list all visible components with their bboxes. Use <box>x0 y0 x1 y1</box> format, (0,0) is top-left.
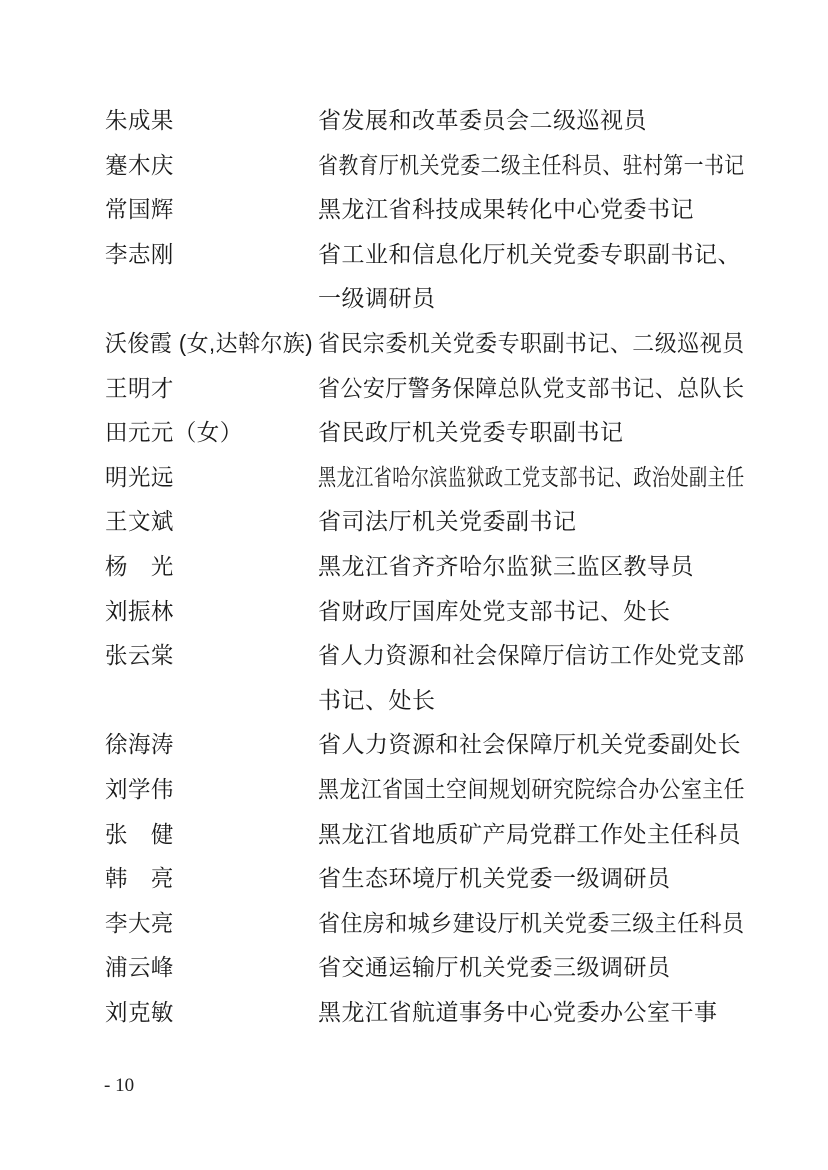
person-title-line: 省教育厅机关党委二级主任科员、驻村第一书记 <box>318 143 687 188</box>
person-title: 省住房和城乡建设厅机关党委三级主任科员 <box>318 901 745 946</box>
person-name: 张 健 <box>105 812 313 857</box>
person-title: 省工业和信息化厅机关党委专职副书记、一级调研员 <box>318 232 745 321</box>
list-item: 刘克敏黑龙江省航道事务中心党委办公室干事 <box>105 990 745 1035</box>
person-title-line: 黑龙江省地质矿产局党群工作处主任科员 <box>318 812 745 857</box>
list-item: 杨 光黑龙江省齐齐哈尔监狱三监区教导员 <box>105 544 745 589</box>
person-title-line: 省民政厅机关党委专职副书记 <box>318 410 745 455</box>
person-name: 浦云峰 <box>105 945 313 990</box>
person-title: 省财政厅国库处党支部书记、处长 <box>318 589 745 634</box>
person-name: 刘学伟 <box>105 767 313 812</box>
person-title-line: 省民宗委机关党委专职副书记、二级巡视员 <box>318 321 726 366</box>
person-title: 省教育厅机关党委二级主任科员、驻村第一书记 <box>318 143 745 188</box>
person-title: 省民政厅机关党委专职副书记 <box>318 410 745 455</box>
person-name: 刘克敏 <box>105 990 313 1035</box>
person-name: 刘振林 <box>105 589 313 634</box>
list-item: 田元元（女）省民政厅机关党委专职副书记 <box>105 410 745 455</box>
person-title: 黑龙江省地质矿产局党群工作处主任科员 <box>318 812 745 857</box>
person-name: 蹇木庆 <box>105 143 313 188</box>
list-item: 朱成果省发展和改革委员会二级巡视员 <box>105 98 745 143</box>
list-item: 常国辉黑龙江省科技成果转化中心党委书记 <box>105 187 745 232</box>
person-title: 黑龙江省航道事务中心党委办公室干事 <box>318 990 745 1035</box>
list-item: 刘学伟黑龙江省国土空间规划研究院综合办公室主任 <box>105 767 745 812</box>
person-title: 省发展和改革委员会二级巡视员 <box>318 98 745 143</box>
list-item: 王明才省公安厅警务保障总队党支部书记、总队长 <box>105 366 745 411</box>
page-number: - 10 <box>104 1074 134 1098</box>
person-title-line: 省交通运输厅机关党委三级调研员 <box>318 945 745 990</box>
person-title-line: 省人力资源和社会保障厅机关党委副处长 <box>318 722 745 767</box>
person-title-line: 省工业和信息化厅机关党委专职副书记、 <box>318 232 745 277</box>
person-title-line: 省财政厅国库处党支部书记、处长 <box>318 589 745 634</box>
person-name: 李志刚 <box>105 232 313 277</box>
person-name: 朱成果 <box>105 98 313 143</box>
person-title: 省司法厅机关党委副书记 <box>318 499 745 544</box>
person-title-line: 黑龙江省航道事务中心党委办公室干事 <box>318 990 745 1035</box>
person-title: 黑龙江省科技成果转化中心党委书记 <box>318 187 745 232</box>
list-item: 刘振林省财政厅国库处党支部书记、处长 <box>105 589 745 634</box>
person-name: 沃俊霞 (女,达斡尔族) <box>105 321 308 366</box>
list-item: 张 健黑龙江省地质矿产局党群工作处主任科员 <box>105 812 745 857</box>
person-title: 省人力资源和社会保障厅信访工作处党支部书记、处长 <box>318 633 745 722</box>
person-title: 省公安厅警务保障总队党支部书记、总队长 <box>318 366 745 411</box>
person-name: 王文斌 <box>105 499 313 544</box>
person-name: 明光远 <box>105 455 313 500</box>
person-title-line: 省司法厅机关党委副书记 <box>318 499 745 544</box>
document-page: 朱成果省发展和改革委员会二级巡视员蹇木庆省教育厅机关党委二级主任科员、驻村第一书… <box>0 0 828 1170</box>
list-item: 徐海涛省人力资源和社会保障厅机关党委副处长 <box>105 722 745 767</box>
person-title: 省生态环境厅机关党委一级调研员 <box>318 856 745 901</box>
person-title-line: 黑龙江省齐齐哈尔监狱三监区教导员 <box>318 544 745 589</box>
person-name: 韩 亮 <box>105 856 313 901</box>
person-title-line: 省发展和改革委员会二级巡视员 <box>318 98 745 143</box>
person-title: 省交通运输厅机关党委三级调研员 <box>318 945 745 990</box>
person-title: 黑龙江省齐齐哈尔监狱三监区教导员 <box>318 544 745 589</box>
person-title-line: 黑龙江省哈尔滨监狱政工党支部书记、政治处副主任 <box>318 455 655 500</box>
list-item: 沃俊霞 (女,达斡尔族)省民宗委机关党委专职副书记、二级巡视员 <box>105 321 745 366</box>
person-title: 黑龙江省国土空间规划研究院综合办公室主任 <box>318 767 745 812</box>
list-item: 韩 亮省生态环境厅机关党委一级调研员 <box>105 856 745 901</box>
person-title: 省民宗委机关党委专职副书记、二级巡视员 <box>318 321 745 366</box>
name-title-list: 朱成果省发展和改革委员会二级巡视员蹇木庆省教育厅机关党委二级主任科员、驻村第一书… <box>105 98 745 1034</box>
person-title-line: 黑龙江省科技成果转化中心党委书记 <box>318 187 745 232</box>
person-name: 徐海涛 <box>105 722 313 767</box>
list-item: 李志刚省工业和信息化厅机关党委专职副书记、一级调研员 <box>105 232 745 321</box>
person-name: 张云棠 <box>105 633 313 678</box>
person-name: 田元元（女） <box>105 410 313 455</box>
list-item: 浦云峰省交通运输厅机关党委三级调研员 <box>105 945 745 990</box>
person-title-line: 书记、处长 <box>318 678 745 723</box>
person-name: 杨 光 <box>105 544 313 589</box>
person-name: 王明才 <box>105 366 313 411</box>
person-title: 黑龙江省哈尔滨监狱政工党支部书记、政治处副主任 <box>318 455 745 500</box>
list-item: 李大亮省住房和城乡建设厅机关党委三级主任科员 <box>105 901 745 946</box>
person-title-line: 一级调研员 <box>318 276 745 321</box>
person-name: 李大亮 <box>105 901 313 946</box>
person-name: 常国辉 <box>105 187 313 232</box>
person-title-line: 省人力资源和社会保障厅信访工作处党支部 <box>318 633 726 678</box>
person-title-line: 黑龙江省国土空间规划研究院综合办公室主任 <box>318 767 706 812</box>
list-item: 蹇木庆省教育厅机关党委二级主任科员、驻村第一书记 <box>105 143 745 188</box>
person-title-line: 省公安厅警务保障总队党支部书记、总队长 <box>318 366 726 411</box>
person-title-line: 省生态环境厅机关党委一级调研员 <box>318 856 745 901</box>
list-item: 王文斌省司法厅机关党委副书记 <box>105 499 745 544</box>
person-title-line: 省住房和城乡建设厅机关党委三级主任科员 <box>318 901 726 946</box>
person-title: 省人力资源和社会保障厅机关党委副处长 <box>318 722 745 767</box>
list-item: 张云棠省人力资源和社会保障厅信访工作处党支部书记、处长 <box>105 633 745 722</box>
list-item: 明光远黑龙江省哈尔滨监狱政工党支部书记、政治处副主任 <box>105 455 745 500</box>
